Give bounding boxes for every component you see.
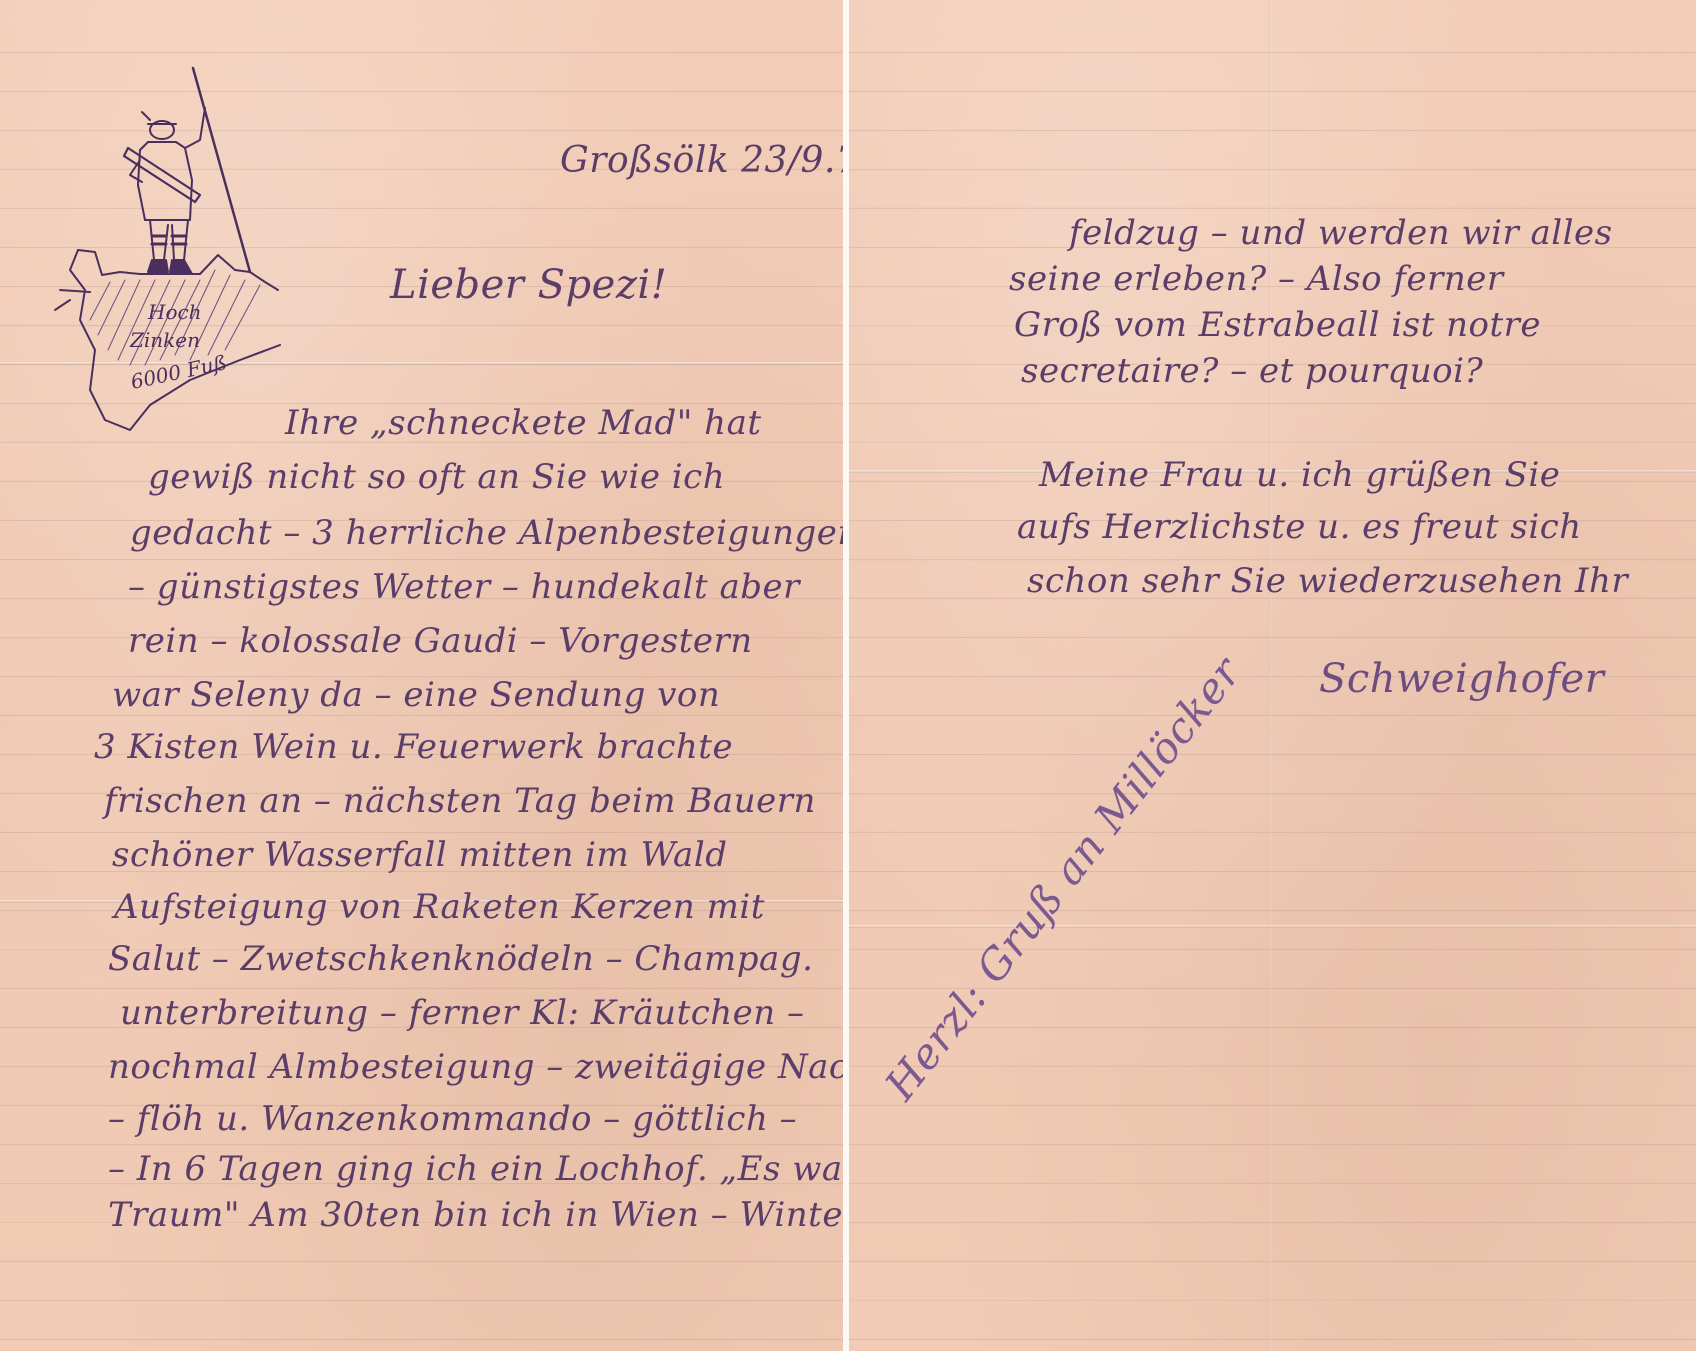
letter-line: secretaire? – et pourquoi? bbox=[1021, 352, 1483, 390]
sketch-caption-line1: Hoch bbox=[148, 300, 202, 324]
letter-line: – flöh u. Wanzenkommando – göttlich – bbox=[108, 1100, 797, 1138]
signature: Schweighofer bbox=[1319, 656, 1604, 702]
letter-line: Aufsteigung von Raketen Kerzen mit bbox=[114, 888, 765, 926]
letter-line: seine erleben? – Also ferner bbox=[1009, 260, 1504, 298]
letter-line: – In 6 Tagen ging ich ein Lochhof. „Es w… bbox=[108, 1150, 843, 1188]
closing-line: Meine Frau u. ich grüßen Sie bbox=[1039, 456, 1560, 494]
place-date: Großsölk 23/9.77 bbox=[560, 140, 843, 181]
letter-line: gewiß nicht so oft an Sie wie ich bbox=[148, 458, 725, 496]
letter-page-left: Hoch Zinken 6000 Fuß Großsölk 23/9.77 Li… bbox=[0, 0, 843, 1351]
mountaineer-sketch: Hoch Zinken 6000 Fuß bbox=[50, 60, 290, 450]
letter-line: rein – kolossale Gaudi – Vorgestern bbox=[128, 622, 753, 660]
letter-line: Groß vom Estrabeall ist notre bbox=[1014, 306, 1541, 344]
paper-fold bbox=[849, 925, 1696, 928]
letter-line: war Seleny da – eine Sendung von bbox=[112, 676, 720, 714]
diagonal-postscript: Herzl: Gruß an Millöcker bbox=[875, 648, 1250, 1109]
letter-line: gedacht – 3 herrliche Alpenbesteigungen bbox=[130, 514, 843, 552]
letter-line: Traum" Am 30ten bin ich in Wien – Winter bbox=[108, 1196, 843, 1234]
closing-line: schon sehr Sie wiederzusehen Ihr bbox=[1027, 562, 1628, 600]
letter-line: Salut – Zwetschkenknödeln – Champag. bbox=[108, 940, 813, 978]
letter-line: frischen an – nächsten Tag beim Bauern bbox=[104, 782, 816, 820]
letter-line: 3 Kisten Wein u. Feuerwerk brachte bbox=[94, 728, 733, 766]
mountaineer-drawing-icon bbox=[50, 60, 290, 450]
sketch-caption-line2: Zinken bbox=[130, 328, 200, 352]
letter-line: – günstigstes Wetter – hundekalt aber bbox=[128, 568, 800, 606]
letter-line: Ihre „schneckete Mad" hat bbox=[285, 404, 762, 442]
letter-line: schöner Wasserfall mitten im Wald bbox=[112, 836, 727, 874]
letter-line: feldzug – und werden wir alles bbox=[1069, 214, 1613, 252]
letter-page-right: feldzug – und werden wir alles seine erl… bbox=[849, 0, 1696, 1351]
letter-scan: Hoch Zinken 6000 Fuß Großsölk 23/9.77 Li… bbox=[0, 0, 1696, 1351]
letter-line: nochmal Almbesteigung – zweitägige Nacht bbox=[108, 1048, 843, 1086]
greeting: Lieber Spezi! bbox=[390, 262, 667, 308]
paper-fold bbox=[1269, 0, 1271, 1351]
closing-line: aufs Herzlichste u. es freut sich bbox=[1017, 508, 1582, 546]
letter-line: unterbreitung – ferner Kl: Kräutchen – bbox=[120, 994, 805, 1032]
